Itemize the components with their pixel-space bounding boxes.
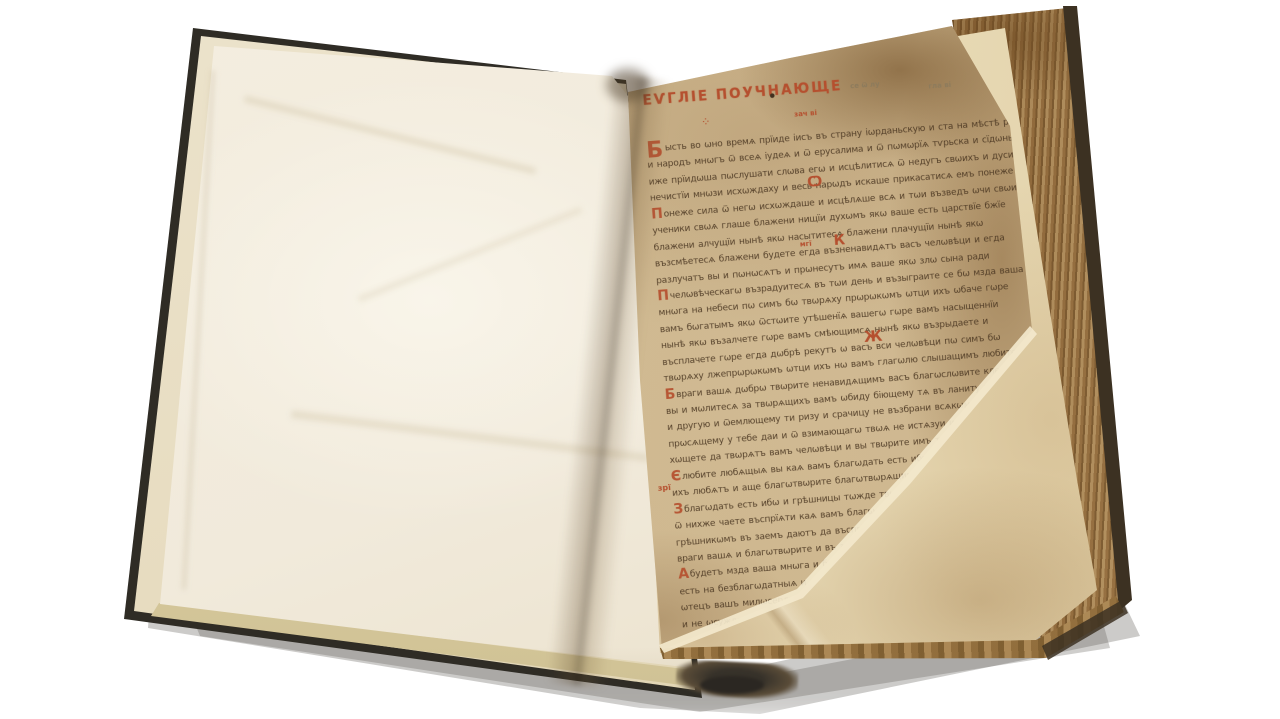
manuscript-accent: зач ві bbox=[794, 109, 817, 119]
spine-tail-core bbox=[700, 676, 764, 694]
manuscript-accent: Ѻ bbox=[807, 174, 823, 191]
manuscript-accent: ⁘ bbox=[702, 117, 709, 126]
manuscript-accent: К bbox=[833, 232, 846, 249]
manuscript-accent: Ж bbox=[863, 327, 883, 346]
red-initial: П bbox=[657, 288, 670, 305]
gutter-top-shadow bbox=[606, 68, 650, 102]
manuscript-accent: ● bbox=[769, 92, 775, 99]
red-initial: Б bbox=[664, 386, 676, 403]
red-initial: З bbox=[673, 501, 684, 518]
manuscript-accent: мгї bbox=[800, 240, 812, 249]
red-initial: А bbox=[678, 566, 690, 583]
red-initial: Є bbox=[670, 468, 681, 485]
manuscript-accent: зрї bbox=[657, 483, 671, 493]
manuscript-photo: ЕѴГЛІЕ ПОУЧНАЮЩЕ Бысть во ѡно времѧ прїи… bbox=[0, 0, 1280, 719]
manuscript-accent: гла ві bbox=[928, 81, 951, 91]
